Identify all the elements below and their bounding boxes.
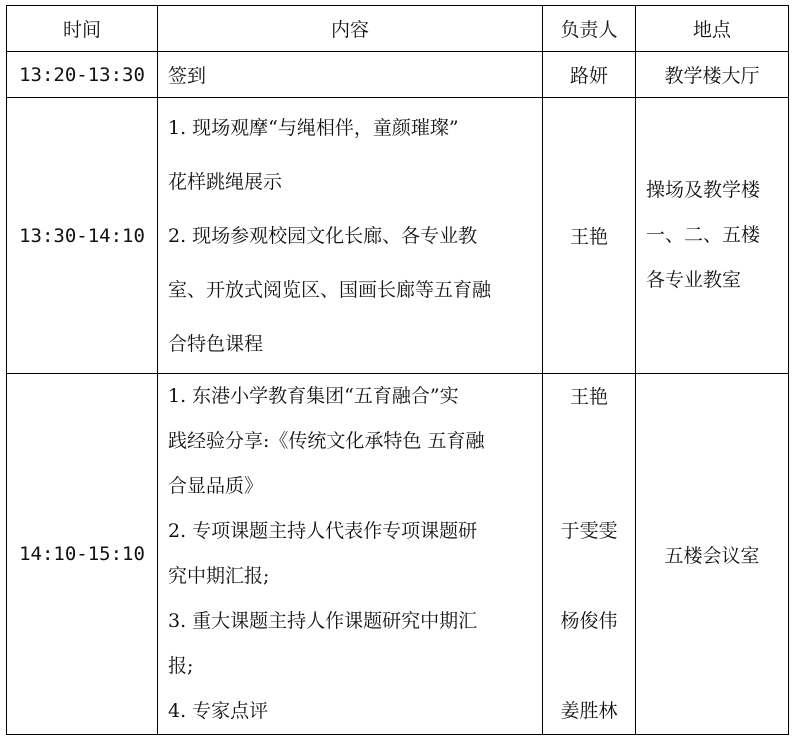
header-time: 时间 (7, 6, 158, 52)
content-line: 究中期汇报; (168, 554, 536, 599)
content-line: 践经验分享:《传统文化承特色 五育融 (168, 419, 536, 464)
content-line: 合特色课程 (168, 317, 536, 371)
content-line: 3. 重大课题主持人作课题研究中期汇 (168, 599, 536, 644)
content-line: 花样跳绳展示 (168, 155, 536, 209)
time-cell: 14:10-15:10 (7, 374, 158, 735)
place-cell: 教学楼大厅 (636, 52, 789, 98)
content-line: 1. 现场观摩“与绳相伴，童颜璀璨” (168, 101, 536, 155)
place-line: 操场及教学楼 (636, 168, 788, 213)
owner-name: 王艳 (543, 382, 635, 409)
content-line: 1. 东港小学教育集团“五育融合”实 (168, 374, 536, 419)
time-cell: 13:30-14:10 (7, 98, 158, 374)
header-content: 内容 (158, 6, 543, 52)
content-cell: 签到 (158, 52, 543, 98)
header-owner: 负责人 (543, 6, 636, 52)
content-line: 2. 专项课题主持人代表作专项课题研 (168, 509, 536, 554)
owner-name: 于雯雯 (543, 516, 635, 543)
place-line: 一、二、五楼 (636, 213, 788, 258)
header-row: 时间 内容 负责人 地点 (7, 6, 789, 52)
content-line: 合显品质》 (168, 464, 536, 509)
content-cell: 1. 东港小学教育集团“五育融合”实 践经验分享:《传统文化承特色 五育融 合显… (158, 374, 543, 735)
owner-name: 杨俊伟 (543, 606, 635, 633)
time-cell: 13:20-13:30 (7, 52, 158, 98)
table-row: 13:30-14:10 1. 现场观摩“与绳相伴，童颜璀璨” 花样跳绳展示 2.… (7, 98, 789, 374)
header-place: 地点 (636, 6, 789, 52)
owner-cell: 王艳 于雯雯 杨俊伟 姜胜林 (543, 374, 636, 735)
content-line: 4. 专家点评 (168, 689, 536, 734)
place-cell: 操场及教学楼 一、二、五楼 各专业教室 (636, 98, 789, 374)
content-line: 2. 现场参观校园文化长廊、各专业教 (168, 209, 536, 263)
owner-cell: 路妍 (543, 52, 636, 98)
owner-name: 姜胜林 (543, 696, 635, 723)
table-row: 13:20-13:30 签到 路妍 教学楼大厅 (7, 52, 789, 98)
content-line: 室、开放式阅览区、国画长廊等五育融 (168, 263, 536, 317)
place-cell: 五楼会议室 (636, 374, 789, 735)
content-cell: 1. 现场观摩“与绳相伴，童颜璀璨” 花样跳绳展示 2. 现场参观校园文化长廊、… (158, 98, 543, 374)
owner-cell: 王艳 (543, 98, 636, 374)
place-line: 各专业教室 (636, 258, 788, 303)
content-line: 报; (168, 644, 536, 689)
schedule-table: 时间 内容 负责人 地点 13:20-13:30 签到 路妍 教学楼大厅 13:… (6, 5, 789, 735)
table-row: 14:10-15:10 1. 东港小学教育集团“五育融合”实 践经验分享:《传统… (7, 374, 789, 735)
